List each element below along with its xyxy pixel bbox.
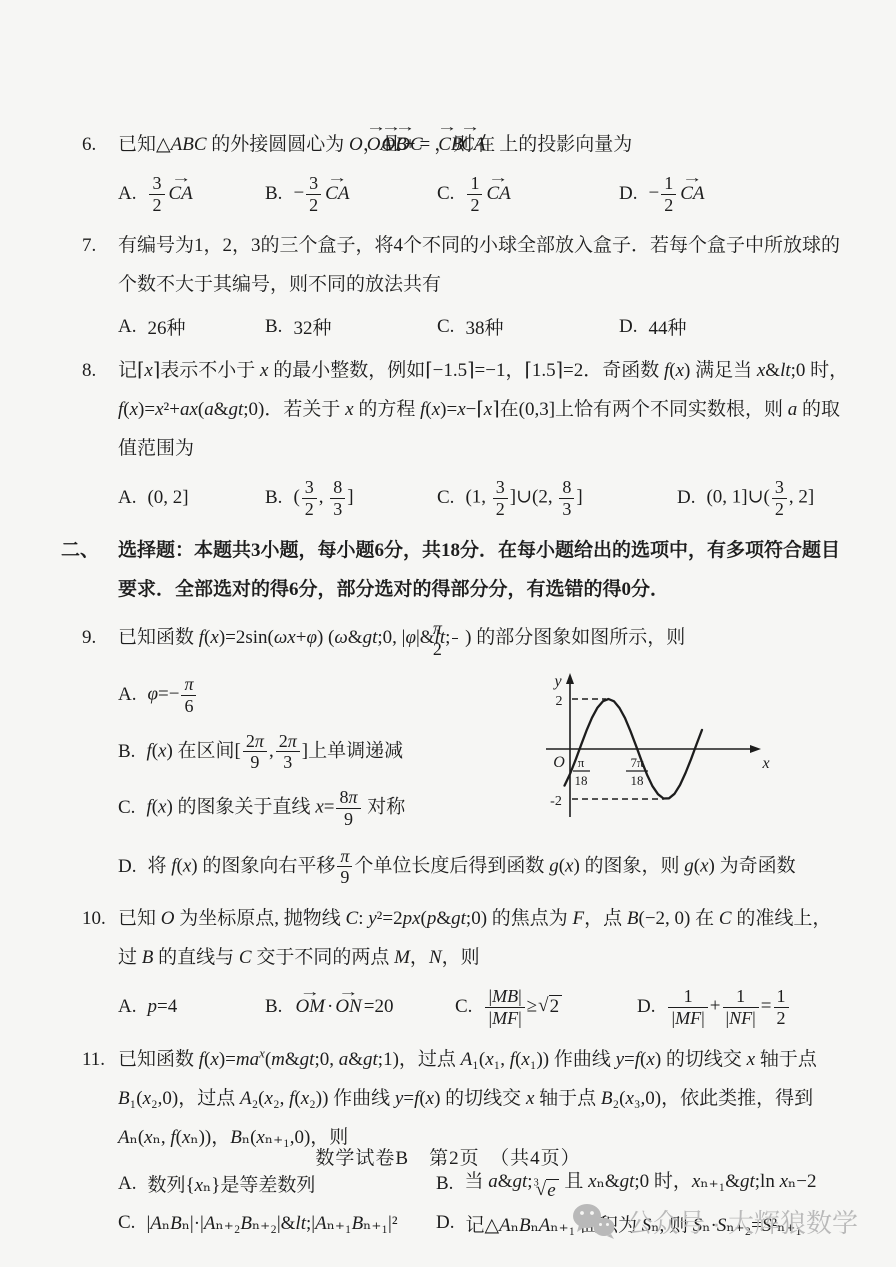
x-axis-label: x (761, 755, 769, 772)
question-9-options-ac: A.φ=−π6 B.f(x) 在区间[2π9,2π3]上单调递减 C.f(x) … (0, 660, 462, 844)
x-axis-arrow (750, 745, 761, 753)
option-label: D. (619, 316, 637, 338)
question-8-text: 记⌈x⌉表示不小于 x 的最小整数，例如⌈−1.5⌉=−1，⌈1.5⌉=2．奇函… (118, 360, 848, 459)
question-7-options: A.26种 B.32种 C.38种 D.44种 (0, 313, 850, 340)
option-math: (1, 32]∪(2, 83] (465, 477, 582, 520)
option-label: D. (619, 183, 637, 205)
option-9-D: D.将 f(x) 的图象向右平移π9个单位长度后得到函数 g(x) 的图象，则 … (118, 846, 796, 889)
option-label: C. (455, 996, 472, 1018)
option-math: 32种 (293, 313, 331, 340)
question-10: 10.已知 O 为坐标原点, 抛物线 C: y²=2px(p&gt;0) 的焦点… (0, 900, 850, 1028)
watermark-text: 公众号 · 大辉狼数学 (627, 1203, 858, 1240)
q9-function-graph: y x O 2 -2 π 18 7π 18 (462, 660, 850, 836)
option-label: C. (118, 1212, 135, 1234)
section-2-text: 二、选择题：本题共3小题，每小题6分，共18分．在每小题给出的选项中，有多项符合… (0, 532, 850, 610)
option-math: (0, 2] (147, 487, 188, 509)
option-math: 26种 (147, 313, 185, 340)
option-7-C: C.38种 (437, 313, 619, 340)
tick2-denominator: 18 (631, 773, 644, 788)
question-8-stem: 8.记⌈x⌉表示不小于 x 的最小整数，例如⌈−1.5⌉=−1，⌈1.5⌉=2．… (0, 352, 850, 469)
question-11-options-row1: A.数列{xₙ}是等差数列 B.当 a&gt;3√e 且 xₙ&gt;0 时，x… (0, 1166, 850, 1202)
tick1-numerator: π (578, 755, 585, 770)
option-8-C: C.(1, 32]∪(2, 83] (437, 477, 677, 520)
question-9-option-d-row: D.将 f(x) 的图象向右平移π9个单位长度后得到函数 g(x) 的图象，则 … (0, 846, 850, 889)
question-11-text: 已知函数 f(x)=max(m&gt;0, a&gt;1)，过点 A₁(x₁, … (118, 1049, 817, 1148)
sine-graph-svg: y x O 2 -2 π 18 7π 18 (530, 664, 782, 836)
option-math: f(x) 在区间[2π9,2π3]上单调递减 (146, 731, 403, 774)
option-label: B. (436, 1173, 453, 1195)
option-label: A. (118, 684, 136, 706)
question-9-number: 9. (82, 619, 118, 658)
option-label: A. (118, 316, 136, 338)
wechat-icon (571, 1202, 617, 1240)
option-label: B. (265, 996, 282, 1018)
y-axis-label: y (552, 673, 562, 690)
question-9: 9.已知函数 f(x)=2sin(ωx+φ) (ω&gt;0, |φ|&lt;π… (0, 618, 850, 889)
question-9-body: A.φ=−π6 B.f(x) 在区间[2π9,2π3]上单调递减 C.f(x) … (0, 660, 850, 844)
option-8-D: D.(0, 1]∪(32, 2] (677, 477, 850, 520)
option-label: C. (437, 183, 454, 205)
question-11-number: 11. (82, 1041, 118, 1080)
section-2-header: 二、选择题：本题共3小题，每小题6分，共18分．在每小题给出的选项中，有多项符合… (0, 532, 850, 610)
option-label: D. (118, 856, 136, 878)
question-10-stem: 10.已知 O 为坐标原点, 抛物线 C: y²=2px(p&gt;0) 的焦点… (0, 900, 850, 978)
option-label: D. (677, 487, 695, 509)
tick2-numerator: 7π (630, 755, 644, 770)
question-7: 7.有编号为1，2，3的三个盒子，将4个不同的小球全部放入盒子．若每个盒子中所放… (0, 227, 850, 340)
question-7-number: 7. (82, 227, 118, 266)
option-label: A. (118, 996, 136, 1018)
option-math: OM·ON=20 (293, 996, 393, 1018)
footer-page-info: 数学试卷B 第2页 （共4页） (0, 1143, 896, 1170)
question-8-options: A.(0, 2] B.(32, 83] C.(1, 32]∪(2, 83] D.… (0, 477, 850, 520)
section-2-instructions: 选择题：本题共3小题，每小题6分，共18分．在每小题给出的选项中，有多项符合题目… (118, 540, 840, 600)
option-10-D: D.1|MF|+1|NF|=12 (637, 986, 850, 1029)
tick1-denominator: 18 (575, 773, 588, 788)
tick-7pi-over-18: 7π 18 (626, 755, 648, 788)
section-2-number: 二、 (61, 532, 118, 571)
option-label: A. (118, 1173, 136, 1195)
question-8-number: 8. (82, 352, 118, 391)
option-11-A: A.数列{xₙ}是等差数列 (118, 1170, 436, 1197)
option-math: φ=−π6 (147, 674, 198, 717)
option-11-B: B.当 a&gt;3√e 且 xₙ&gt;0 时，xₙ₊₁&gt;ln xₙ−2 (436, 1166, 850, 1202)
option-10-C: C.|MB||MF|≥√2 (455, 986, 637, 1029)
option-label: D. (637, 996, 655, 1018)
watermark: 公众号 · 大辉狼数学 (571, 1202, 858, 1240)
option-math: −12CA (648, 173, 706, 216)
option-math: 44种 (648, 313, 686, 340)
option-7-A: A.26种 (118, 313, 265, 340)
option-9-C: C.f(x) 的图象关于直线 x=8π9 对称 (118, 787, 462, 830)
option-label: C. (118, 797, 135, 819)
y-max-label: 2 (556, 694, 563, 709)
question-10-text: 已知 O 为坐标原点, 抛物线 C: y²=2px(p&gt;0) 的焦点为 F… (118, 908, 831, 968)
question-7-stem: 7.有编号为1，2，3的三个盒子，将4个不同的小球全部放入盒子．若每个盒子中所放… (0, 227, 850, 305)
option-label: D. (436, 1212, 454, 1234)
question-9-stem: 9.已知函数 f(x)=2sin(ωx+φ) (ω&gt;0, |φ|&lt;π… (0, 618, 850, 661)
question-10-number: 10. (82, 900, 118, 939)
option-math: p=4 (147, 996, 177, 1018)
option-math: 1|MF|+1|NF|=12 (666, 986, 790, 1029)
option-math: f(x) 的图象关于直线 x=8π9 对称 (146, 787, 405, 830)
question-6-options: A.32CA B.−32CA C.12CA D.−12CA (0, 173, 850, 216)
question-11-stem: 11.已知函数 f(x)=max(m&gt;0, a&gt;1)，过点 A₁(x… (0, 1040, 850, 1157)
option-label: B. (265, 183, 282, 205)
option-math: (32, 83] (293, 477, 353, 520)
option-math: 32CA (147, 173, 194, 216)
question-6-stem: 6.已知△ABC 的外接圆圆心为 O，且OA+OB=OC，则CB在CA上的投影向… (0, 126, 850, 165)
option-math: 38种 (465, 313, 503, 340)
question-9-text: 已知函数 f(x)=2sin(ωx+φ) (ω&gt;0, |φ|&lt;π2 … (118, 627, 685, 648)
option-label: C. (437, 487, 454, 509)
option-math: 数列{xₙ}是等差数列 (147, 1170, 315, 1197)
option-6-D: D.−12CA (619, 173, 850, 216)
option-math: 当 a&gt;3√e 且 xₙ&gt;0 时，xₙ₊₁&gt;ln xₙ−2 (464, 1166, 816, 1202)
option-10-A: A.p=4 (118, 996, 265, 1018)
question-6-number: 6. (82, 126, 118, 165)
origin-label: O (553, 754, 565, 771)
exam-page: 6.已知△ABC 的外接圆圆心为 O，且OA+OB=OC，则CB在CA上的投影向… (0, 0, 896, 1237)
option-11-C: C.|AₙBₙ|·|Aₙ₊₂Bₙ₊₂|&lt;|Aₙ₊₁Bₙ₊₁|² (118, 1212, 436, 1235)
option-8-B: B.(32, 83] (265, 477, 437, 520)
question-8: 8.记⌈x⌉表示不小于 x 的最小整数，例如⌈−1.5⌉=−1，⌈1.5⌉=2．… (0, 352, 850, 519)
question-7-text: 有编号为1，2，3的三个盒子，将4个不同的小球全部放入盒子．若每个盒子中所放球的… (118, 235, 840, 295)
option-math: |AₙBₙ|·|Aₙ₊₂Bₙ₊₂|&lt;|Aₙ₊₁Bₙ₊₁|² (146, 1212, 397, 1235)
option-9-B: B.f(x) 在区间[2π9,2π3]上单调递减 (118, 731, 462, 774)
y-min-label: -2 (550, 794, 562, 809)
option-10-B: B.OM·ON=20 (265, 996, 455, 1018)
option-label: B. (265, 487, 282, 509)
option-math: (0, 1]∪(32, 2] (706, 477, 814, 520)
question-6-text: 已知△ABC 的外接圆圆心为 O，且OA+OB=OC，则CB在CA上的投影向量为 (118, 134, 632, 155)
y-axis-arrow (566, 673, 574, 684)
question-10-options: A.p=4 B.OM·ON=20 C.|MB||MF|≥√2 D.1|MF|+1… (0, 986, 850, 1029)
option-7-B: B.32种 (265, 313, 437, 340)
option-6-B: B.−32CA (265, 173, 437, 216)
question-6: 6.已知△ABC 的外接圆圆心为 O，且OA+OB=OC，则CB在CA上的投影向… (0, 126, 850, 215)
option-math: 将 f(x) 的图象向右平移π9个单位长度后得到函数 g(x) 的图象，则 g(… (147, 846, 795, 889)
option-8-A: A.(0, 2] (118, 487, 265, 509)
option-9-A: A.φ=−π6 (118, 674, 462, 717)
option-math: |MB||MF|≥√2 (483, 986, 563, 1029)
option-label: B. (118, 741, 135, 763)
option-label: C. (437, 316, 454, 338)
option-math: −32CA (293, 173, 351, 216)
option-label: B. (265, 316, 282, 338)
option-6-C: C.12CA (437, 173, 619, 216)
option-6-A: A.32CA (118, 173, 265, 216)
option-7-D: D.44种 (619, 313, 850, 340)
option-label: A. (118, 487, 136, 509)
option-math: 12CA (465, 173, 512, 216)
option-label: A. (118, 183, 136, 205)
